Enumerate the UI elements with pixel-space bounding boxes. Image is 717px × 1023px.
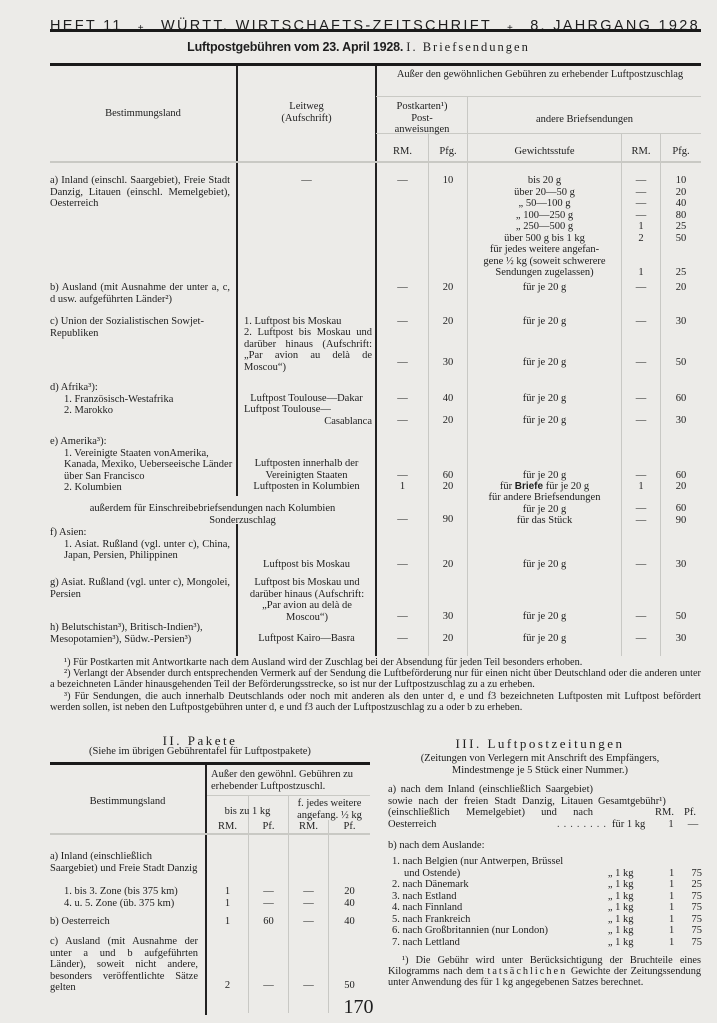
packages-header-upto1kg: bis zu 1 kg	[207, 806, 288, 818]
row-c2-pc-pfg: 30	[429, 357, 467, 369]
packages-b-rm: 1	[207, 916, 248, 928]
newspapers-b-head: b) nach dem Auslande:	[388, 840, 588, 852]
packages-a2-rm2: —	[289, 898, 328, 910]
row-b-pc-rm: —	[377, 282, 428, 294]
row-h-route: Luftpost Kairo—Basra	[238, 633, 375, 645]
header-pfg2: Pfg.	[661, 146, 701, 158]
row-c1-w-rm: —	[622, 316, 660, 328]
packages-header-destination: Bestimmungsland	[50, 796, 205, 808]
packages-b-pf2: 40	[329, 916, 370, 928]
packages-header-rm2: RM.	[289, 821, 328, 833]
packages-a2-pf2: 40	[329, 898, 370, 910]
header-destination: Bestimmungsland	[50, 108, 236, 120]
row-e2-w-rm: 1	[622, 481, 660, 493]
row-h-weight: für je 20 g	[468, 633, 621, 645]
row-d-route2: Luftpost Toulouse— Casablanca	[244, 404, 372, 427]
row-g-w-rm: —	[622, 611, 660, 623]
row-d-destination: d) Afrika³): 1. Französisch-Westafrika 2…	[50, 382, 230, 417]
row-c2-w-rm: —	[622, 357, 660, 369]
row-d1-w-pfg: 60	[661, 393, 701, 405]
row-b-weight: für je 20 g	[468, 282, 621, 294]
row-g-weight: für je 20 g	[468, 611, 621, 623]
row-d2-pc-pfg: 20	[429, 415, 467, 427]
newspapers-total-header: Gesamtgebühr¹)	[598, 796, 703, 808]
row-b-w-rm: —	[622, 282, 660, 294]
row-e1-weight: für je 20 g	[468, 470, 621, 482]
row-c-destination: c) Union der Sozialistischen Sowjet-Repu…	[50, 316, 230, 339]
newspapers-b-list: 1. nach Belgien (nur Antwerpen, Brüssel …	[392, 856, 702, 948]
newspapers-footnote: ¹) Die Gebühr wird unter Berücksichtigun…	[388, 955, 701, 989]
row-f-w-pfg: 30	[661, 559, 701, 571]
row-e-destination: e) Amerika³): 1. Vereinigte Staaten vonA…	[50, 436, 235, 494]
newspapers-title: III. Luftpostzeitungen	[380, 736, 700, 752]
footnote-3: ³) Für Sendungen, die auch innerhalb Deu…	[50, 691, 701, 713]
row-divider	[207, 795, 370, 796]
row-d1-weight: für je 20 g	[468, 393, 621, 405]
header-other-letters: andere Briefsendungen	[468, 114, 701, 126]
packages-header-pf2: Pf.	[329, 821, 370, 833]
packages-b-pf: 60	[249, 916, 288, 928]
row-e-extra-pc-pfg: 90	[429, 514, 467, 526]
row-a-weights: bis 20 güber 20—50 g„ 50—100 g„ 100—250 …	[468, 175, 621, 279]
row-f-weight: für je 20 g	[468, 559, 621, 571]
row-b-destination: b) Ausland (mit Ausnahme der unter a, c,…	[50, 282, 230, 305]
row-a-w-pfg: 102040802550 25	[661, 175, 701, 279]
header-rm2: RM.	[622, 146, 660, 158]
row-f-route: Luftpost bis Moskau	[238, 559, 375, 571]
row-c1-pc-pfg: 20	[429, 316, 467, 328]
row-h-w-pfg: 30	[661, 633, 701, 645]
row-d-route1: Luftpost Toulouse—Dakar	[238, 393, 375, 405]
packages-c-rm2: —	[289, 980, 328, 992]
row-d2-pc-rm: —	[377, 415, 428, 427]
row-e2-pc-rm: 1	[377, 481, 428, 493]
row-e-extra-label: außerdem für Einschreibebriefsendungen n…	[50, 503, 375, 526]
row-c1-pc-rm: —	[377, 316, 428, 328]
packages-row-a1: 1. bis 3. Zone (bis 375 km)	[64, 886, 204, 898]
row-e3-w-pfg: 60 90	[661, 503, 701, 526]
row-e2-w-pfg: 20	[661, 481, 701, 493]
packages-a2-pf: —	[249, 898, 288, 910]
row-f-destination: f) Asien: 1. Asiat. Rußland (vgl. unter …	[50, 527, 230, 562]
page-number: 170	[0, 996, 717, 1019]
row-d2-weight: für je 20 g	[468, 415, 621, 427]
row-divider	[376, 96, 701, 97]
packages-b-rm2: —	[289, 916, 328, 928]
title-main: Luftpostgebühren vom 23. April 1928.	[187, 40, 403, 54]
row-g-route: Luftpost bis Moskau und darüber hinaus (…	[240, 577, 374, 623]
row-e1-w-pfg: 60	[661, 470, 701, 482]
row-e3-w-rm: — —	[622, 503, 660, 526]
header-pfg: Pfg.	[429, 146, 467, 158]
row-e-route2: Luftposten in Kolumbien	[238, 481, 375, 493]
packages-subtitle: (Siehe im übrigen Gebührentafel für Luft…	[50, 746, 350, 758]
packages-a2-rm: 1	[207, 898, 248, 910]
row-e1-pc-pfg: 60	[429, 470, 467, 482]
row-a-route: —	[238, 175, 375, 187]
packages-header-rm: RM.	[207, 821, 248, 833]
header-postcards: Postkarten¹) Post- anweisungen	[377, 101, 467, 136]
row-a-pc-rm: —	[377, 175, 428, 187]
row-g-pc-pfg: 30	[429, 611, 467, 623]
row-c2-pc-rm: —	[377, 357, 428, 369]
packages-header-pf: Pf.	[249, 821, 288, 833]
newspapers-subtitle: (Zeitungen von Verlegern mit Anschrift d…	[395, 753, 685, 776]
row-g-destination: g) Asiat. Rußland (vgl. unter c), Mongol…	[50, 577, 230, 600]
row-e1-w-rm: —	[622, 470, 660, 482]
header-weight: Gewichtsstufe	[468, 146, 621, 158]
packages-a1-rm2: —	[289, 886, 328, 898]
row-b-pc-pfg: 20	[429, 282, 467, 294]
row-h-pc-pfg: 20	[429, 633, 467, 645]
packages-header-each-further: f. jedes weitere angefang. ½ kg	[289, 798, 370, 821]
row-c-route1: 1. Luftpost bis Moskau	[244, 316, 372, 328]
title-section: I. Briefsendungen	[406, 40, 530, 54]
row-f-w-rm: —	[622, 559, 660, 571]
packages-a1-pf2: 20	[329, 886, 370, 898]
row-a-pc-pfg: 10	[429, 175, 467, 187]
row-e3-weight: für andere Briefsendungen für je 20 g fü…	[468, 492, 621, 527]
newspapers-header-rm: RM.	[655, 807, 677, 819]
packages-a1-rm: 1	[207, 886, 248, 898]
packages-c-pf: —	[249, 980, 288, 992]
row-c-route2: 2. Luftpost bis Moskau und darüber hinau…	[244, 327, 372, 373]
packages-row-c: c) Ausland (mit Ausnahme der unter a und…	[50, 936, 198, 994]
page-title: Luftpostgebühren vom 23. April 1928. I. …	[0, 40, 717, 55]
packages-row-a: a) Inland (einschließlich Saargebiet) un…	[50, 851, 200, 874]
header-divider	[50, 161, 701, 163]
row-a-w-rm: ————12 1	[622, 175, 660, 279]
packages-a1-pf: —	[249, 886, 288, 898]
newspapers-a-rm: 1	[664, 819, 678, 831]
row-e2-weight: für Briefe für je 20 g	[468, 481, 621, 493]
row-c1-weight: für je 20 g	[468, 316, 621, 328]
row-e2-pc-pfg: 20	[429, 481, 467, 493]
packages-c-rm: 2	[207, 980, 248, 992]
row-d1-w-rm: —	[622, 393, 660, 405]
packages-top-rule	[50, 762, 370, 765]
footnote-2: ²) Verlangt der Absender durch entsprech…	[50, 668, 701, 690]
packages-c-pf2: 50	[329, 980, 370, 992]
row-h-destination: h) Belutschistan³), Britisch-Indien³), M…	[50, 622, 235, 645]
newspapers-a-unit: für 1 kg	[612, 819, 662, 831]
row-c1-w-pfg: 30	[661, 316, 701, 328]
row-c2-w-pfg: 50	[661, 357, 701, 369]
row-d2-w-rm: —	[622, 415, 660, 427]
row-h-w-rm: —	[622, 633, 660, 645]
row-a-destination: a) Inland (einschl. Saargebiet), Freie S…	[50, 175, 230, 210]
packages-header-group: Außer den gewöhnl. Gebühren zu erhebende…	[211, 769, 369, 792]
row-f-pc-rm: —	[377, 559, 428, 571]
row-e1-pc-rm: —	[377, 470, 428, 482]
row-c2-weight: für je 20 g	[468, 357, 621, 369]
footnotes-letters: ¹) Für Postkarten mit Antwortkarte nach …	[50, 657, 701, 713]
row-h-pc-rm: —	[377, 633, 428, 645]
packages-row-a2: 4. u. 5. Zone (üb. 375 km)	[64, 898, 204, 910]
masthead-rule	[50, 29, 701, 32]
newspapers-a-pf: —	[685, 819, 701, 831]
row-e-extra-pc-rm: —	[377, 514, 428, 526]
header-divider	[50, 833, 370, 835]
row-d1-pc-rm: —	[377, 393, 428, 405]
newspapers-header-pf: Pf.	[684, 807, 706, 819]
header-route: Leitweg (Aufschrift)	[238, 101, 375, 124]
row-g-w-pfg: 50	[661, 611, 701, 623]
row-f-pc-pfg: 20	[429, 559, 467, 571]
footnote-1: ¹) Für Postkarten mit Antwortkarte nach …	[50, 657, 701, 668]
newspapers-a-dots: ........	[370, 819, 610, 831]
row-e-route1: Luftposten innerhalb der Vereinigten Sta…	[238, 458, 375, 481]
row-d1-pc-pfg: 40	[429, 393, 467, 405]
header-surcharge-group: Außer den gewöhnlichen Gebühren zu erheb…	[390, 69, 690, 81]
header-rm: RM.	[377, 146, 428, 158]
row-g-pc-rm: —	[377, 611, 428, 623]
packages-row-b: b) Oesterreich	[50, 916, 200, 928]
row-d2-w-pfg: 30	[661, 415, 701, 427]
row-b-w-pfg: 20	[661, 282, 701, 294]
